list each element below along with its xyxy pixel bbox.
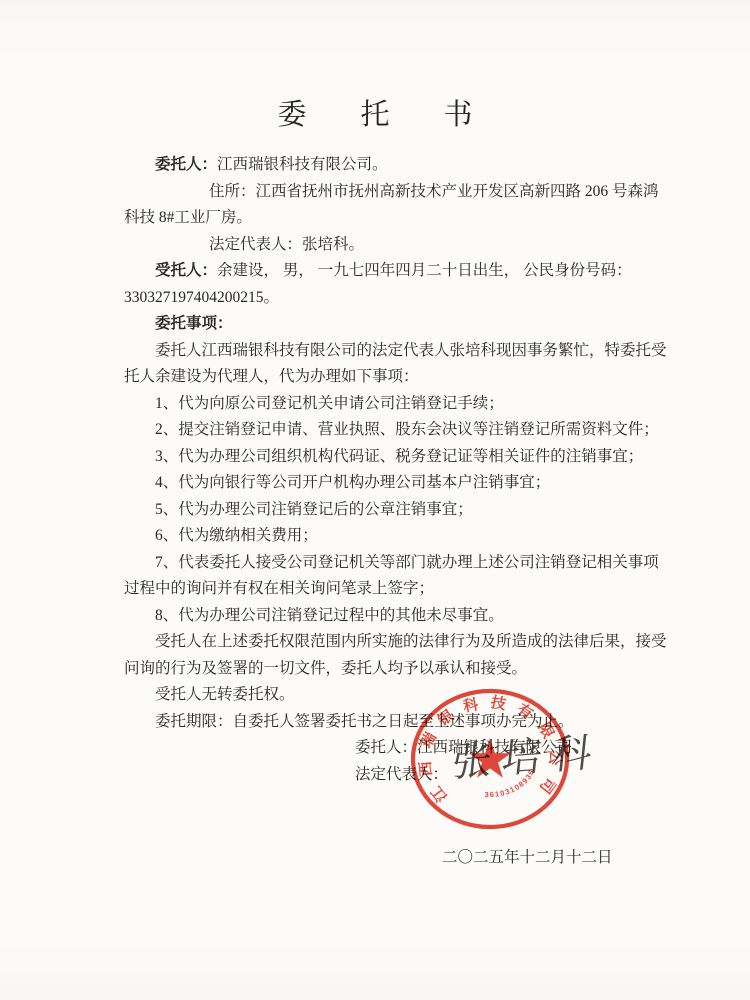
doc-line: 住所：江西省抚州市抚州高新技术产业开发区高新四路 206 号森鸿 [124, 179, 684, 206]
doc-line: 法定代表人：张培科。 [124, 232, 684, 259]
doc-line-label: 委托事项： [155, 315, 233, 332]
doc-line: 6、代为缴纳相关费用； [124, 523, 684, 550]
doc-line: 受托人在上述委托权限范围内所实施的法律行为及所造成的法律后果，接受 [124, 629, 684, 656]
doc-line: 2、提交注销登记申请、营业执照、股东会决议等注销登记所需资料文件； [124, 417, 684, 444]
scanned-document-page: 委托书 委托人：江西瑞银科技有限公司。住所：江西省抚州市抚州高新技术产业开发区高… [0, 0, 750, 1000]
doc-line: 受托人：余建设， 男， 一九七四年四月二十日出生， 公民身份号码： [124, 258, 684, 285]
doc-line: 5、代为办理公司注销登记后的公章注销事宜； [124, 497, 684, 524]
date-line: 二〇二五年十二月十二日 [124, 845, 684, 872]
document-title: 委托书 [0, 99, 750, 131]
doc-line: 科技 8#工业厂房。 [124, 205, 684, 232]
doc-line: 330327197404200215。 [124, 285, 684, 312]
seal-serial-number: 36103108936 [484, 768, 536, 800]
doc-line: 委托人江西瑞银科技有限公司的法定代表人张培科现因事务繁忙，特委托受 [124, 338, 684, 365]
doc-line: 问询的行为及签署的一切文件，委托人均予以承认和接受。 [124, 656, 684, 683]
doc-line: 4、代为向银行等公司开户机构办理公司基本户注销事宜； [124, 470, 684, 497]
doc-line: 过程中的询问并有权在相关询问笔录上签字； [124, 576, 684, 603]
doc-line-label: 委托人： [155, 156, 217, 173]
doc-line: 委托人：江西瑞银科技有限公司。 [124, 152, 684, 179]
doc-line: 委托事项： [124, 311, 684, 338]
document-body: 委托人：江西瑞银科技有限公司。住所：江西省抚州市抚州高新技术产业开发区高新四路 … [124, 152, 684, 735]
company-seal: 江西瑞银科技有限公司 36103108936 [405, 683, 575, 835]
doc-line: 8、代为办理公司注销登记过程中的其他未尽事宜。 [124, 603, 684, 630]
doc-line: 7、代表委托人接受公司登记机关等部门就办理上述公司注销登记相关事项 [124, 550, 684, 577]
doc-line: 1、代为向原公司登记机关申请公司注销登记手续； [124, 391, 684, 418]
doc-line: 3、代为办理公司组织机构代码证、税务登记证等相关证件的注销事宜； [124, 444, 684, 471]
doc-line: 受托人无转委托权。 [124, 682, 684, 709]
seal-star-icon [469, 738, 511, 778]
doc-line-label: 受托人： [155, 262, 217, 279]
doc-line: 托人余建设为代理人，代为办理如下事项： [124, 364, 684, 391]
